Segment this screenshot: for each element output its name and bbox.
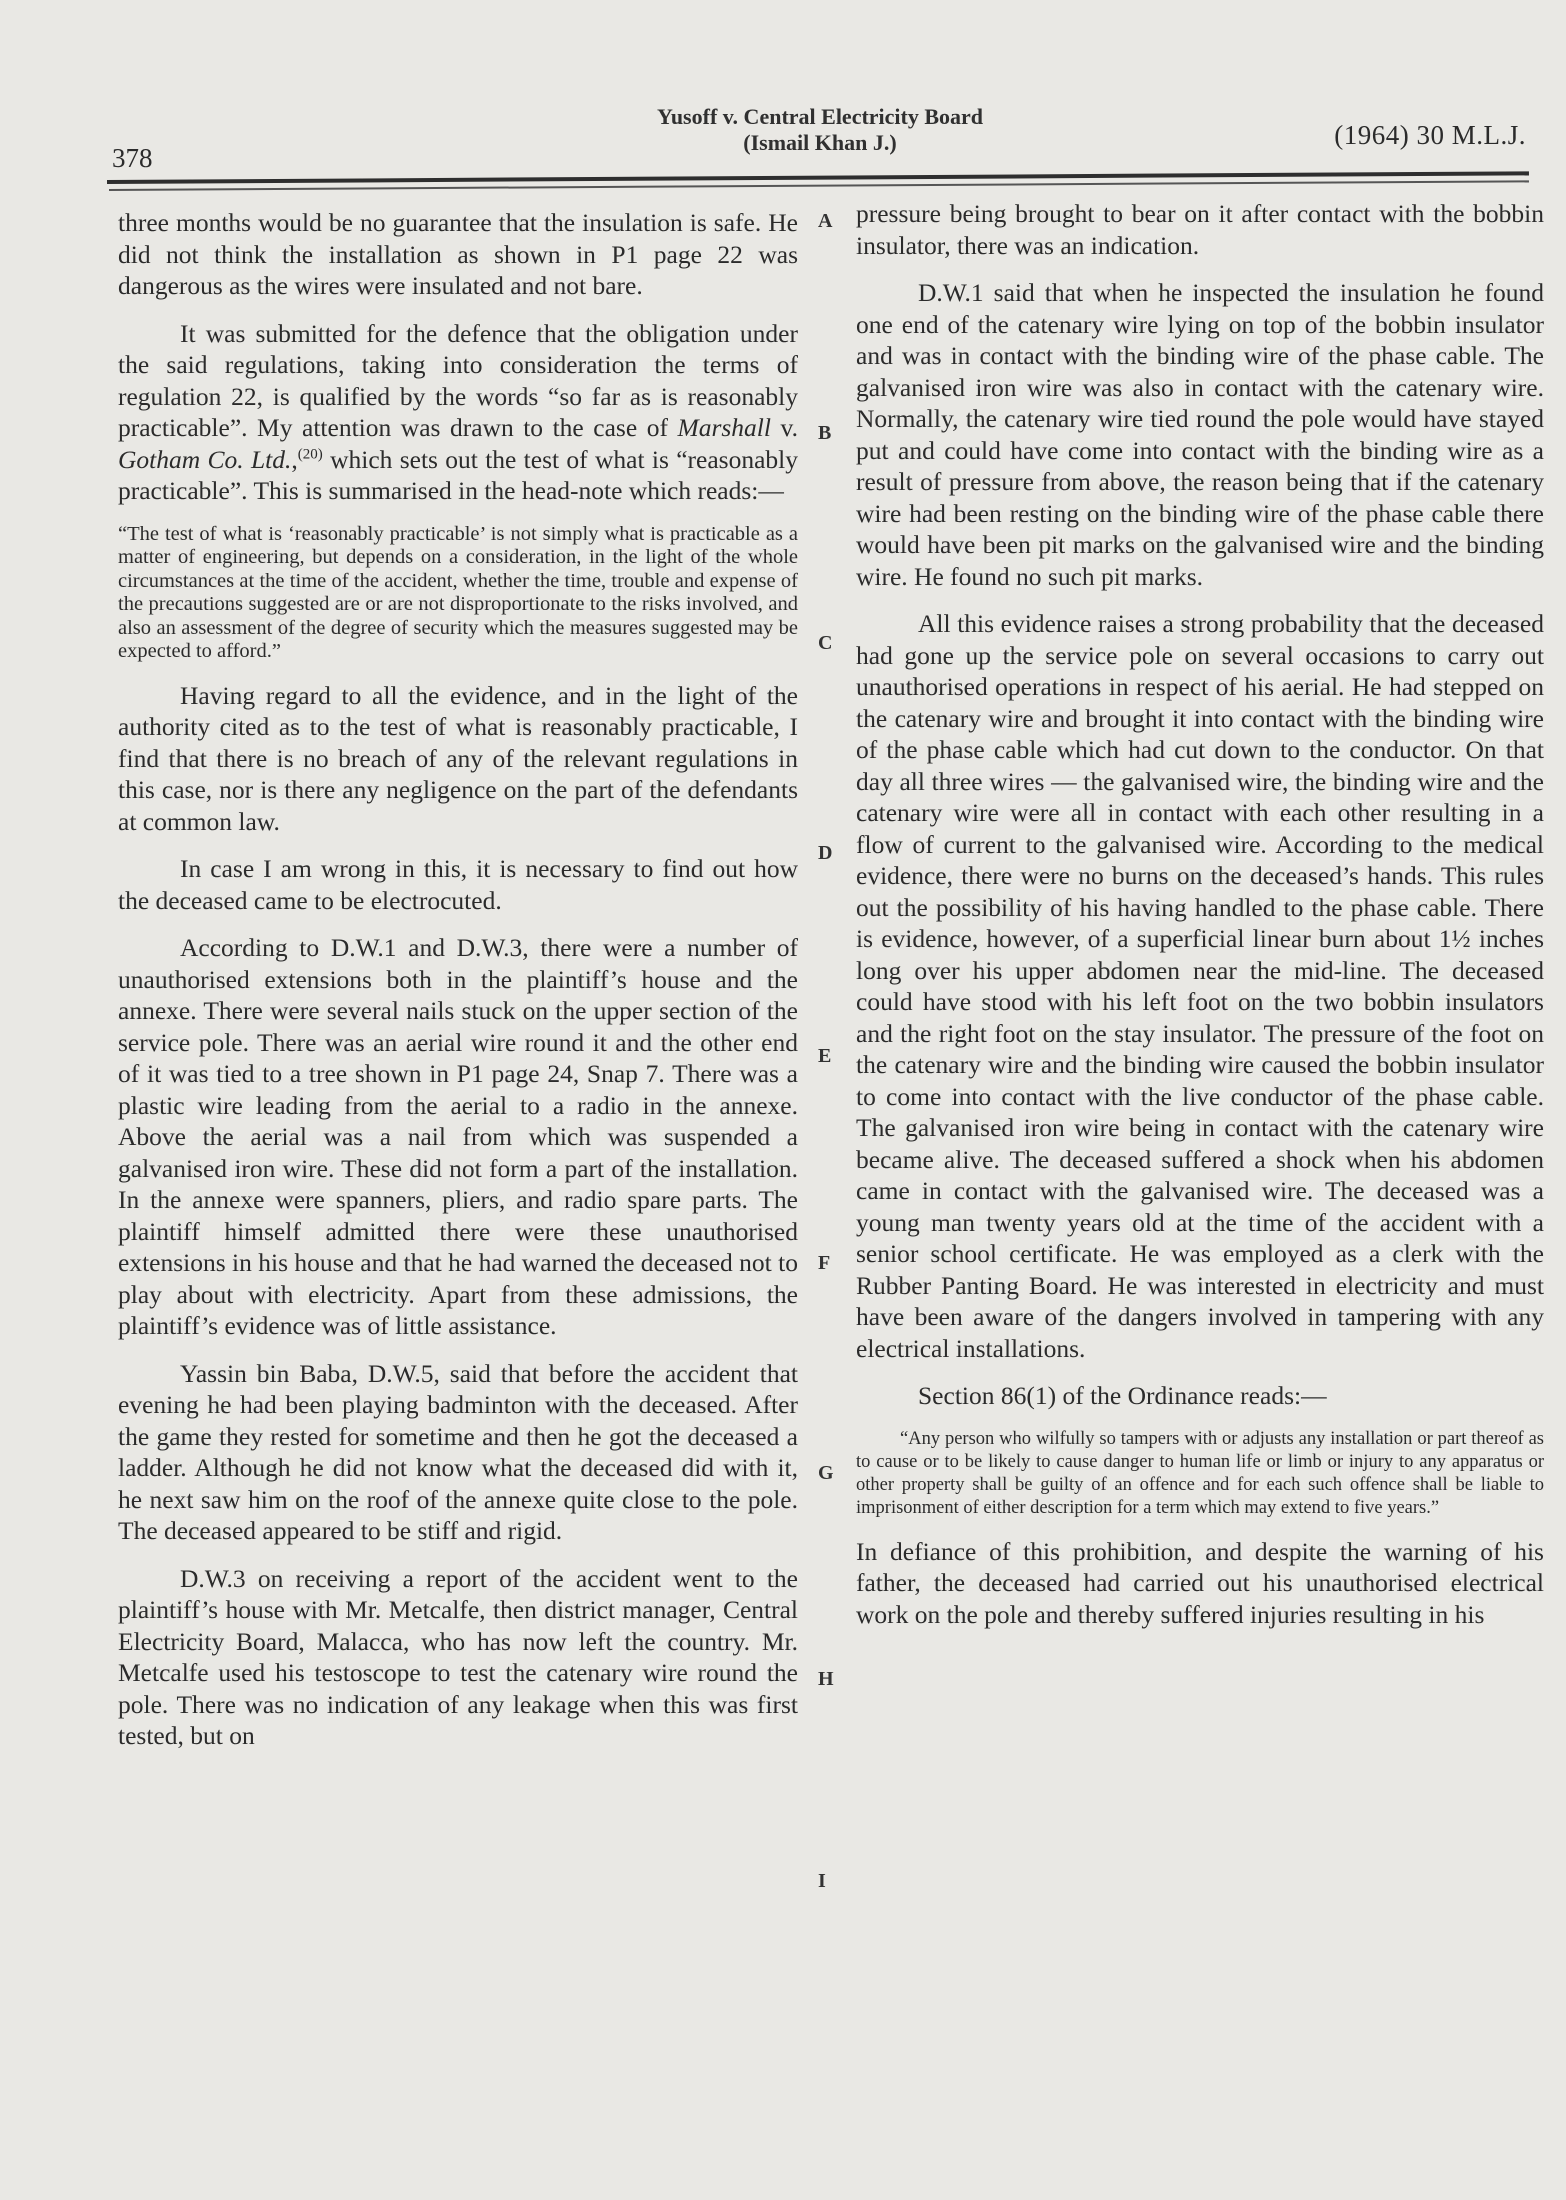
case-name: Gotham Co. Ltd. — [118, 445, 291, 474]
footnote-ref: (20) — [298, 446, 323, 462]
paragraph: pressure being brought to bear on it aft… — [856, 198, 1544, 261]
paragraph: In case I am wrong in this, it is necess… — [118, 853, 798, 916]
page-number: 378 — [112, 143, 153, 174]
paragraph: Having regard to all the evidence, and i… — [118, 680, 798, 838]
margin-letter-i: I — [818, 1870, 826, 1893]
paragraph: D.W.3 on receiving a report of the accid… — [118, 1563, 798, 1752]
paragraph: three months would be no guarantee that … — [118, 207, 798, 302]
report-citation: (1964) 30 M.L.J. — [1334, 120, 1526, 151]
case-title: Yusoff v. Central Electricity Board — [560, 104, 1080, 130]
section-intro: Section 86(1) of the Ordinance reads:— — [856, 1380, 1544, 1412]
margin-letter-g: G — [818, 1462, 834, 1485]
statute-quote: “Any person who wilfully so tampers with… — [856, 1428, 1544, 1520]
margin-letter-e: E — [818, 1045, 831, 1068]
margin-letter-a: A — [818, 210, 832, 233]
paragraph: D.W.1 said that when he inspected the in… — [856, 277, 1544, 592]
left-column: three months would be no guarantee that … — [118, 207, 798, 1768]
running-title: Yusoff v. Central Electricity Board (Ism… — [560, 104, 1080, 156]
document-page: 378 Yusoff v. Central Electricity Board … — [0, 0, 1566, 2200]
margin-letter-f: F — [818, 1252, 830, 1275]
paragraph: According to D.W.1 and D.W.3, there were… — [118, 932, 798, 1342]
block-quote: “The test of what is ‘reasonably practic… — [118, 523, 798, 664]
margin-letter-h: H — [818, 1668, 834, 1691]
page-header: 378 Yusoff v. Central Electricity Board … — [0, 0, 1566, 190]
paragraph: Yassin bin Baba, D.W.5, said that before… — [118, 1358, 798, 1547]
margin-letter-c: C — [818, 632, 832, 655]
right-column: pressure being brought to bear on it aft… — [856, 198, 1544, 1646]
case-name: Marshall — [677, 413, 771, 442]
margin-letter-b: B — [818, 422, 831, 445]
paragraph: In defiance of this prohibition, and des… — [856, 1536, 1544, 1631]
versus: v. — [771, 413, 798, 442]
paragraph: It was submitted for the defence that th… — [118, 318, 798, 507]
margin-letter-d: D — [818, 842, 832, 865]
paragraph: All this evidence raises a strong probab… — [856, 608, 1544, 1364]
judge-name: (Ismail Khan J.) — [560, 130, 1080, 156]
